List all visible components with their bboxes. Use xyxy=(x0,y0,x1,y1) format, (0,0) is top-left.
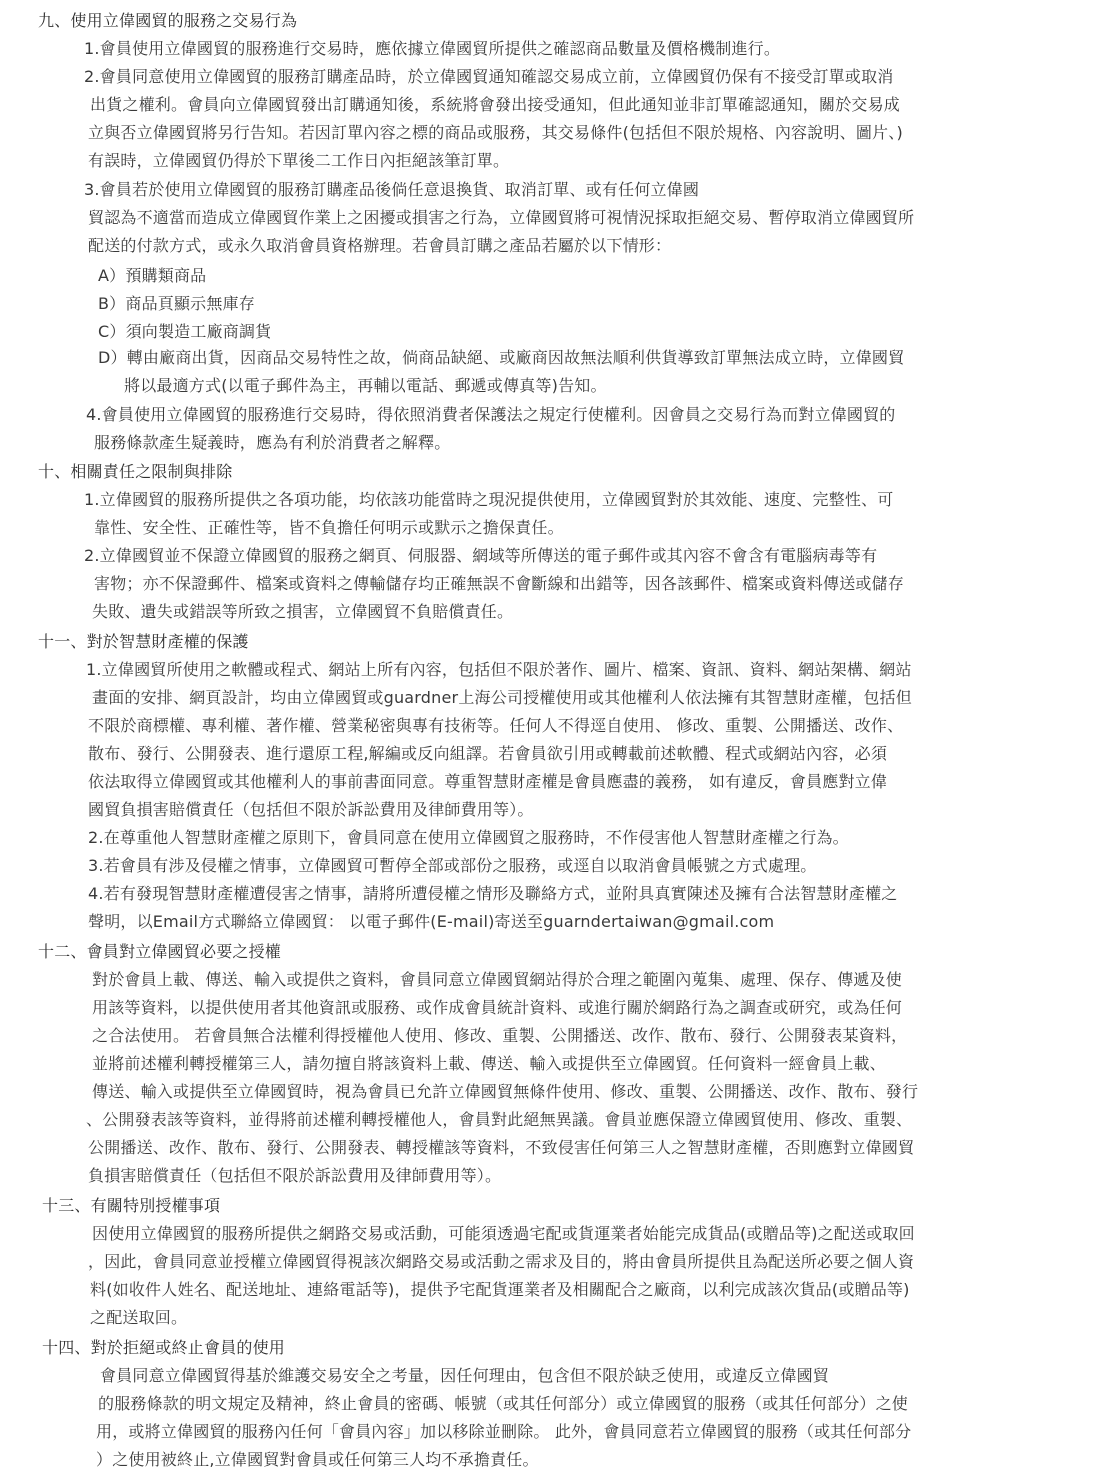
section-12-line-5: 傳送、輸入或提供至立偉國貿時，視為會員已允許立偉國貿無條件使用、修改、重製、公開… xyxy=(92,1081,918,1103)
section-11-line-10: 聲明，以Email方式聯絡立偉國貿： 以電子郵件(E-mail)寄送至guarn… xyxy=(88,911,774,933)
section-11-line-8: 3.若會員有涉及侵權之情事，立偉國貿可暫停全部或部份之服務，或逕自以取消會員帳號… xyxy=(88,855,816,877)
section-11-line-5: 依法取得立偉國貿或其他權利人的事前書面同意。尊重智慧財產權是會員應盡的義務， 如… xyxy=(88,771,887,793)
section-9-line-3: 出貨之權利。會員向立偉國貿發出訂購通知後，系統將會發出接受通知，但此通知並非訂單… xyxy=(90,94,900,116)
section-11-line-3: 不限於商標權、專利權、著作權、營業秘密與專有技術等。任何人不得逕自使用、 修改、… xyxy=(88,715,903,737)
section-14-line-2: 的服務條款的明文規定及精神，終止會員的密碼、帳號（或其任何部分）或立偉國貿的服務… xyxy=(98,1393,908,1415)
section-11-line-9: 4.若有發現智慧財產權遭侵害之情事，請將所遭侵權之情形及聯絡方式，並附具真實陳述… xyxy=(88,883,897,905)
section-9-item-d-cont: 將以最適方式(以電子郵件為主，再輔以電話、郵遞或傳真等)告知。 xyxy=(124,375,607,397)
section-12-line-1: 對於會員上載、傳送、輸入或提供之資料，會員同意立偉國貿網站得於合理之範圍內蒐集、… xyxy=(92,969,902,991)
section-heading-13: 十三、有關特別授權事項 xyxy=(42,1195,220,1217)
section-heading-11: 十一、對於智慧財產權的保護 xyxy=(38,631,249,653)
section-9-item-b: B）商品頁顯示無庫存 xyxy=(98,293,255,315)
section-10-line-2: 靠性、安全性、正確性等，皆不負擔任何明示或默示之擔保責任。 xyxy=(94,517,564,539)
section-14-line-1: 會員同意立偉國貿得基於維護交易安全之考量，因任何理由，包含但不限於缺乏使用，或違… xyxy=(100,1365,829,1387)
section-11-line-1: 1.立偉國貿所使用之軟體或程式、網站上所有內容，包括但不限於著作、圖片、檔案、資… xyxy=(86,659,912,681)
section-10-line-5: 失敗、遺失或錯誤等所致之損害，立偉國貿不負賠償責任。 xyxy=(92,601,513,623)
section-12-line-3: 之合法使用。 若會員無合法權利得授權他人使用、修改、重製、公開播送、改作、散布、… xyxy=(92,1025,907,1047)
section-9-line-5: 有誤時，立偉國貿仍得於下單後二工作日內拒絕該筆訂單。 xyxy=(88,150,509,172)
section-13-line-4: 之配送取回。 xyxy=(90,1307,187,1329)
section-12-line-8: 負損害賠償責任（包括但不限於訴訟費用及律師費用等）。 xyxy=(88,1165,501,1187)
section-9-line-6: 3.會員若於使用立偉國貿的服務訂購產品後倘任意退換貨、取消訂單、或有任何立偉國 xyxy=(84,179,699,201)
section-10-line-4: 害物；亦不保證郵件、檔案或資料之傳輸儲存均正確無誤不會斷線和出錯等，因各該郵件、… xyxy=(94,573,904,595)
section-heading-14: 十四、對於拒絕或終止會員的使用 xyxy=(42,1337,285,1359)
section-12-line-7: 公開播送、改作、散布、發行、公開發表、轉授權該等資料，不致侵害任何第三人之智慧財… xyxy=(88,1137,914,1159)
section-9-line-7: 貿認為不適當而造成立偉國貿作業上之困擾或損害之行為，立偉國貿將可視情況採取拒絕交… xyxy=(88,207,914,229)
section-9-line-4-cont: 服務條款產生疑義時，應為有利於消費者之解釋。 xyxy=(94,432,450,454)
section-11-line-2: 畫面的安排、網頁設計，均由立偉國貿或guardner上海公司授權使用或其他權利人… xyxy=(92,687,912,709)
section-10-line-1: 1.立偉國貿的服務所提供之各項功能，均依該功能當時之現況提供使用，立偉國貿對於其… xyxy=(84,489,893,511)
section-9-line-4: 立與否立偉國貿將另行告知。若因訂單內容之標的商品或服務，其交易條件(包括但不限於… xyxy=(88,122,903,144)
section-9-line-4-item: 4.會員使用立偉國貿的服務進行交易時，得依照消費者保護法之規定行使權利。因會員之… xyxy=(86,404,895,426)
section-14-line-4: ）之使用被終止,立偉國貿對會員或任何第三人均不承擔責任。 xyxy=(96,1449,539,1471)
section-12-line-2: 用該等資料，以提供使用者其他資訊或服務、或作成會員統計資料、或進行關於網路行為之… xyxy=(92,997,902,1019)
section-12-line-6: 、公開發表該等資料，並得將前述權利轉授權他人，會員對此絕無異議。會員並應保證立偉… xyxy=(86,1109,912,1131)
section-13-line-2: ，因此，會員同意並授權立偉國貿得視該次網路交易或活動之需求及目的，將由會員所提供… xyxy=(88,1251,914,1273)
section-14-line-3: 用，或將立偉國貿的服務內任何「會員內容」加以移除並刪除。 此外，會員同意若立偉國… xyxy=(96,1421,911,1443)
section-heading-12: 十二、會員對立偉國貿必要之授權 xyxy=(38,941,281,963)
section-11-line-6: 國貿負損害賠償責任（包括但不限於訴訟費用及律師費用等）。 xyxy=(88,799,534,821)
section-9-line-1: 1.會員使用立偉國貿的服務進行交易時，應依據立偉國貿所提供之確認商品數量及價格機… xyxy=(84,38,780,60)
section-heading-10: 十、相關責任之限制與排除 xyxy=(38,461,232,483)
section-12-line-4: 並將前述權利轉授權第三人，請勿擅自將該資料上載、傳送、輸入或提供至立偉國貿。任何… xyxy=(92,1053,886,1075)
section-10-line-3: 2.立偉國貿並不保證立偉國貿的服務之網頁、伺服器、網域等所傳送的電子郵件或其內容… xyxy=(84,545,877,567)
section-9-line-8: 配送的付款方式，或永久取消會員資格辦理。若會員訂購之產品若屬於以下情形： xyxy=(88,235,671,257)
section-9-line-2: 2.會員同意使用立偉國貿的服務訂購產品時，於立偉國貿通知確認交易成立前，立偉國貿… xyxy=(84,66,893,88)
section-13-line-3: 料(如收件人姓名、配送地址、連絡電話等)，提供予宅配貨運業者及相關配合之廠商，以… xyxy=(90,1279,910,1301)
section-9-item-d: D）轉由廠商出貨，因商品交易特性之故，倘商品缺絕、或廠商因故無法順利供貨導致訂單… xyxy=(98,347,904,369)
section-11-line-7: 2.在尊重他人智慧財產權之原則下，會員同意在使用立偉國貿之服務時，不作侵害他人智… xyxy=(88,827,849,849)
section-heading-9: 九、使用立偉國貿的服務之交易行為 xyxy=(38,10,297,32)
section-9-item-c: C）須向製造工廠商調貨 xyxy=(98,321,271,343)
section-11-line-4: 散布、發行、公開發表、進行還原工程,解編或反向組譯。若會員欲引用或轉載前述軟體、… xyxy=(88,743,887,765)
section-9-item-a: A）預購類商品 xyxy=(98,265,206,287)
section-13-line-1: 因使用立偉國貿的服務所提供之網路交易或活動，可能須透過宅配或貨運業者始能完成貨品… xyxy=(92,1223,915,1245)
